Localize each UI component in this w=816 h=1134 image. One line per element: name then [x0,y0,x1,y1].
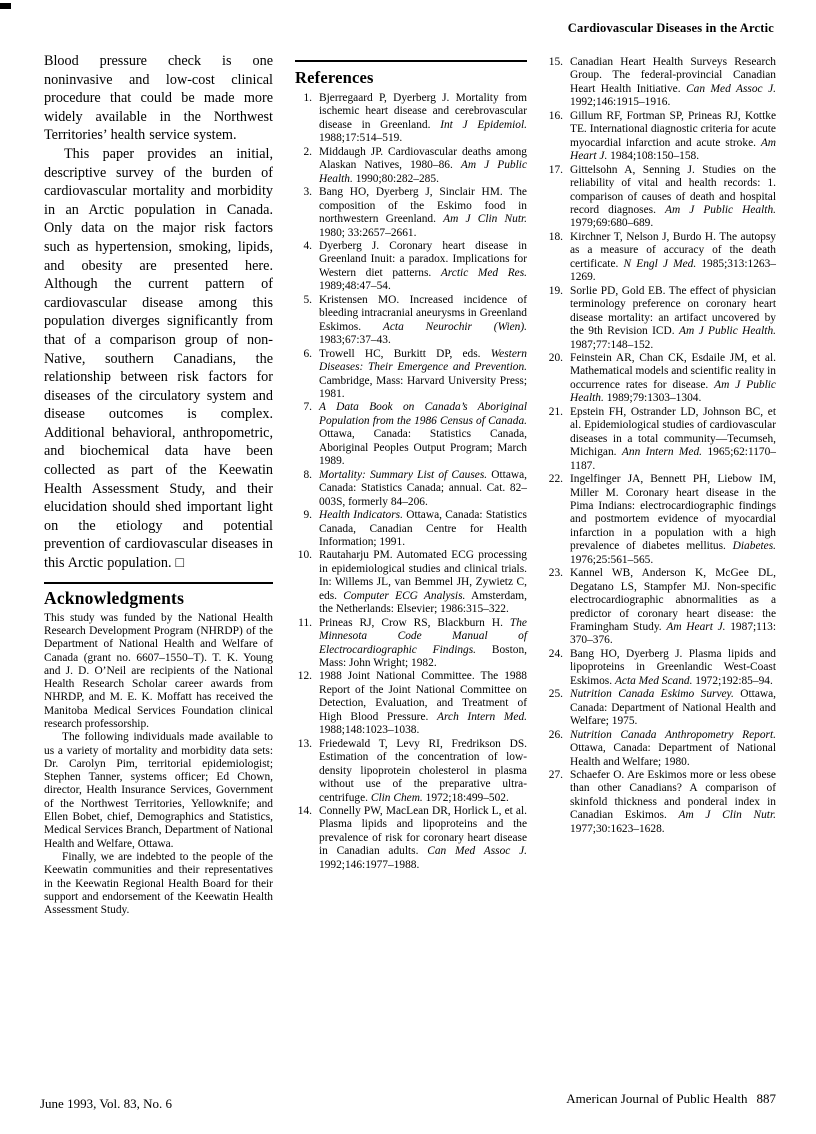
reference-text: 1988 Joint National Committee. The 1988 … [319,670,527,736]
reference-list: 15.Canadian Heart Health Surveys Researc… [546,56,776,836]
reference-text: Ingelfinger JA, Bennett PH, Liebow IM, M… [570,473,776,566]
reference-number: 3. [295,186,312,199]
reference-item: 2.Middaugh JP. Cardiovascular deaths amo… [295,146,527,186]
reference-number: 24. [546,648,563,661]
reference-number: 25. [546,688,563,701]
reference-text: A Data Book on Canada’s Aboriginal Popul… [319,401,527,467]
reference-text: Bang HO, Dyerberg J, Sinclair HM. The co… [319,186,527,238]
references-column-1: References 1.Bjerregaard P, Dyerberg J. … [295,52,527,872]
reference-item: 18.Kirchner T, Nelson J, Burdo H. The au… [546,231,776,285]
acknowledgments-paragraph: This study was funded by the National He… [44,612,273,732]
reference-text: Epstein FH, Ostrander LD, Johnson BC, et… [570,406,776,472]
reference-text: Schaefer O. Are Eskimos more or less obe… [570,769,776,835]
reference-item: 11.Prineas RJ, Crow RS, Blackburn H. The… [295,617,527,671]
reference-number: 9. [295,509,312,522]
reference-text: Sorlie PD, Gold EB. The effect of physic… [570,285,776,351]
reference-text: Friedewald T, Levy RI, Fredrikson DS. Es… [319,738,527,804]
reference-text: Kannel WB, Anderson K, McGee DL, Degatan… [570,567,776,646]
reference-number: 15. [546,56,563,69]
reference-item: 14.Connelly PW, MacLean DR, Horlick L, e… [295,805,527,872]
reference-number: 22. [546,473,563,486]
reference-item: 13.Friedewald T, Levy RI, Fredrikson DS.… [295,738,527,805]
reference-text: Rautaharju PM. Automated ECG processing … [319,549,527,615]
reference-text: Nutrition Canada Eskimo Survey. Ottawa, … [570,688,776,727]
reference-number: 12. [295,670,312,683]
reference-text: Dyerberg J. Coronary heart disease in Gr… [319,240,527,292]
acknowledgments-heading: Acknowledgments [44,588,273,609]
reference-item: 19.Sorlie PD, Gold EB. The effect of phy… [546,285,776,352]
reference-item: 24.Bang HO, Dyerberg J. Plasma lipids an… [546,648,776,688]
article-body: Blood pressure check is one noninvasive … [44,52,273,573]
reference-number: 18. [546,231,563,244]
reference-number: 10. [295,549,312,562]
reference-text: Trowell HC, Burkitt DP, eds. Western Dis… [319,348,527,400]
reference-number: 14. [295,805,312,818]
reference-number: 19. [546,285,563,298]
reference-number: 1. [295,92,312,105]
running-head: Cardiovascular Diseases in the Arctic [568,21,774,36]
reference-text: Feinstein AR, Chan CK, Esdaile JM, et al… [570,352,776,404]
reference-number: 6. [295,348,312,361]
reference-text: Connelly PW, MacLean DR, Horlick L, et a… [319,805,527,871]
reference-text: Gittelsohn A, Senning J. Studies on the … [570,164,776,230]
reference-number: 13. [295,738,312,751]
reference-number: 26. [546,729,563,742]
reference-number: 27. [546,769,563,782]
reference-item: 1.Bjerregaard P, Dyerberg J. Mortality f… [295,92,527,146]
footer-journal-name: American Journal of Public Health [566,1091,747,1106]
reference-text: Bjerregaard P, Dyerberg J. Mortality fro… [319,92,527,144]
reference-item: 27.Schaefer O. Are Eskimos more or less … [546,769,776,836]
reference-number: 8. [295,469,312,482]
reference-item: 20.Feinstein AR, Chan CK, Esdaile JM, et… [546,352,776,406]
reference-item: 7.A Data Book on Canada’s Aboriginal Pop… [295,401,527,468]
footer-journal-info: American Journal of Public Health887 [566,1091,776,1107]
reference-text: Kirchner T, Nelson J, Burdo H. The autop… [570,231,776,283]
acknowledgments-paragraph: The following individuals made available… [44,731,273,851]
reference-text: Gillum RF, Fortman SP, Prineas RJ, Kottk… [570,110,776,162]
reference-number: 23. [546,567,563,580]
reference-item: 22.Ingelfinger JA, Bennett PH, Liebow IM… [546,473,776,567]
reference-item: 25.Nutrition Canada Eskimo Survey. Ottaw… [546,688,776,728]
reference-item: 5.Kristensen MO. Increased incidence of … [295,294,527,348]
section-divider [44,582,273,584]
reference-number: 21. [546,406,563,419]
journal-page: Cardiovascular Diseases in the Arctic Bl… [0,0,816,1134]
footer-issue-info: June 1993, Vol. 83, No. 6 [40,1096,172,1112]
reference-number: 16. [546,110,563,123]
reference-text: Prineas RJ, Crow RS, Blackburn H. The Mi… [319,617,527,669]
reference-text: Bang HO, Dyerberg J. Plasma lipids and l… [570,648,776,687]
footer-page-number: 887 [757,1091,777,1106]
scan-artifact-mark [0,3,11,9]
reference-number: 2. [295,146,312,159]
reference-item: 12.1988 Joint National Committee. The 19… [295,670,527,737]
reference-item: 9.Health Indicators. Ottawa, Canada: Sta… [295,509,527,549]
reference-text: Middaugh JP. Cardiovascular deaths among… [319,146,527,185]
reference-text: Health Indicators. Ottawa, Canada: Stati… [319,509,527,548]
left-column: Blood pressure check is one noninvasive … [44,52,273,917]
reference-item: 26.Nutrition Canada Anthropometry Report… [546,729,776,769]
references-column-2: 15.Canadian Heart Health Surveys Researc… [546,56,776,836]
reference-list: 1.Bjerregaard P, Dyerberg J. Mortality f… [295,92,527,872]
reference-number: 5. [295,294,312,307]
reference-item: 17.Gittelsohn A, Senning J. Studies on t… [546,164,776,231]
reference-text: Canadian Heart Health Surveys Research G… [570,56,776,108]
reference-number: 20. [546,352,563,365]
reference-item: 6.Trowell HC, Burkitt DP, eds. Western D… [295,348,527,402]
reference-item: 21.Epstein FH, Ostrander LD, Johnson BC,… [546,406,776,473]
reference-number: 17. [546,164,563,177]
reference-item: 8.Mortality: Summary List of Causes. Ott… [295,469,527,509]
acknowledgments-paragraph: Finally, we are indebted to the people o… [44,851,273,917]
reference-number: 11. [295,617,312,630]
reference-item: 15.Canadian Heart Health Surveys Researc… [546,56,776,110]
reference-item: 16.Gillum RF, Fortman SP, Prineas RJ, Ko… [546,110,776,164]
reference-item: 3.Bang HO, Dyerberg J, Sinclair HM. The … [295,186,527,240]
reference-text: Nutrition Canada Anthropometry Report. O… [570,729,776,768]
reference-text: Mortality: Summary List of Causes. Ottaw… [319,469,527,508]
reference-item: 23.Kannel WB, Anderson K, McGee DL, Dega… [546,567,776,648]
references-heading: References [295,68,527,88]
reference-item: 4.Dyerberg J. Coronary heart disease in … [295,240,527,294]
acknowledgments-body: This study was funded by the National He… [44,612,273,918]
section-divider [295,60,527,62]
article-paragraph: This paper provides an initial, descript… [44,145,273,573]
reference-number: 4. [295,240,312,253]
reference-text: Kristensen MO. Increased incidence of bl… [319,294,527,346]
article-paragraph: Blood pressure check is one noninvasive … [44,52,273,145]
reference-number: 7. [295,401,312,414]
reference-item: 10.Rautaharju PM. Automated ECG processi… [295,549,527,616]
